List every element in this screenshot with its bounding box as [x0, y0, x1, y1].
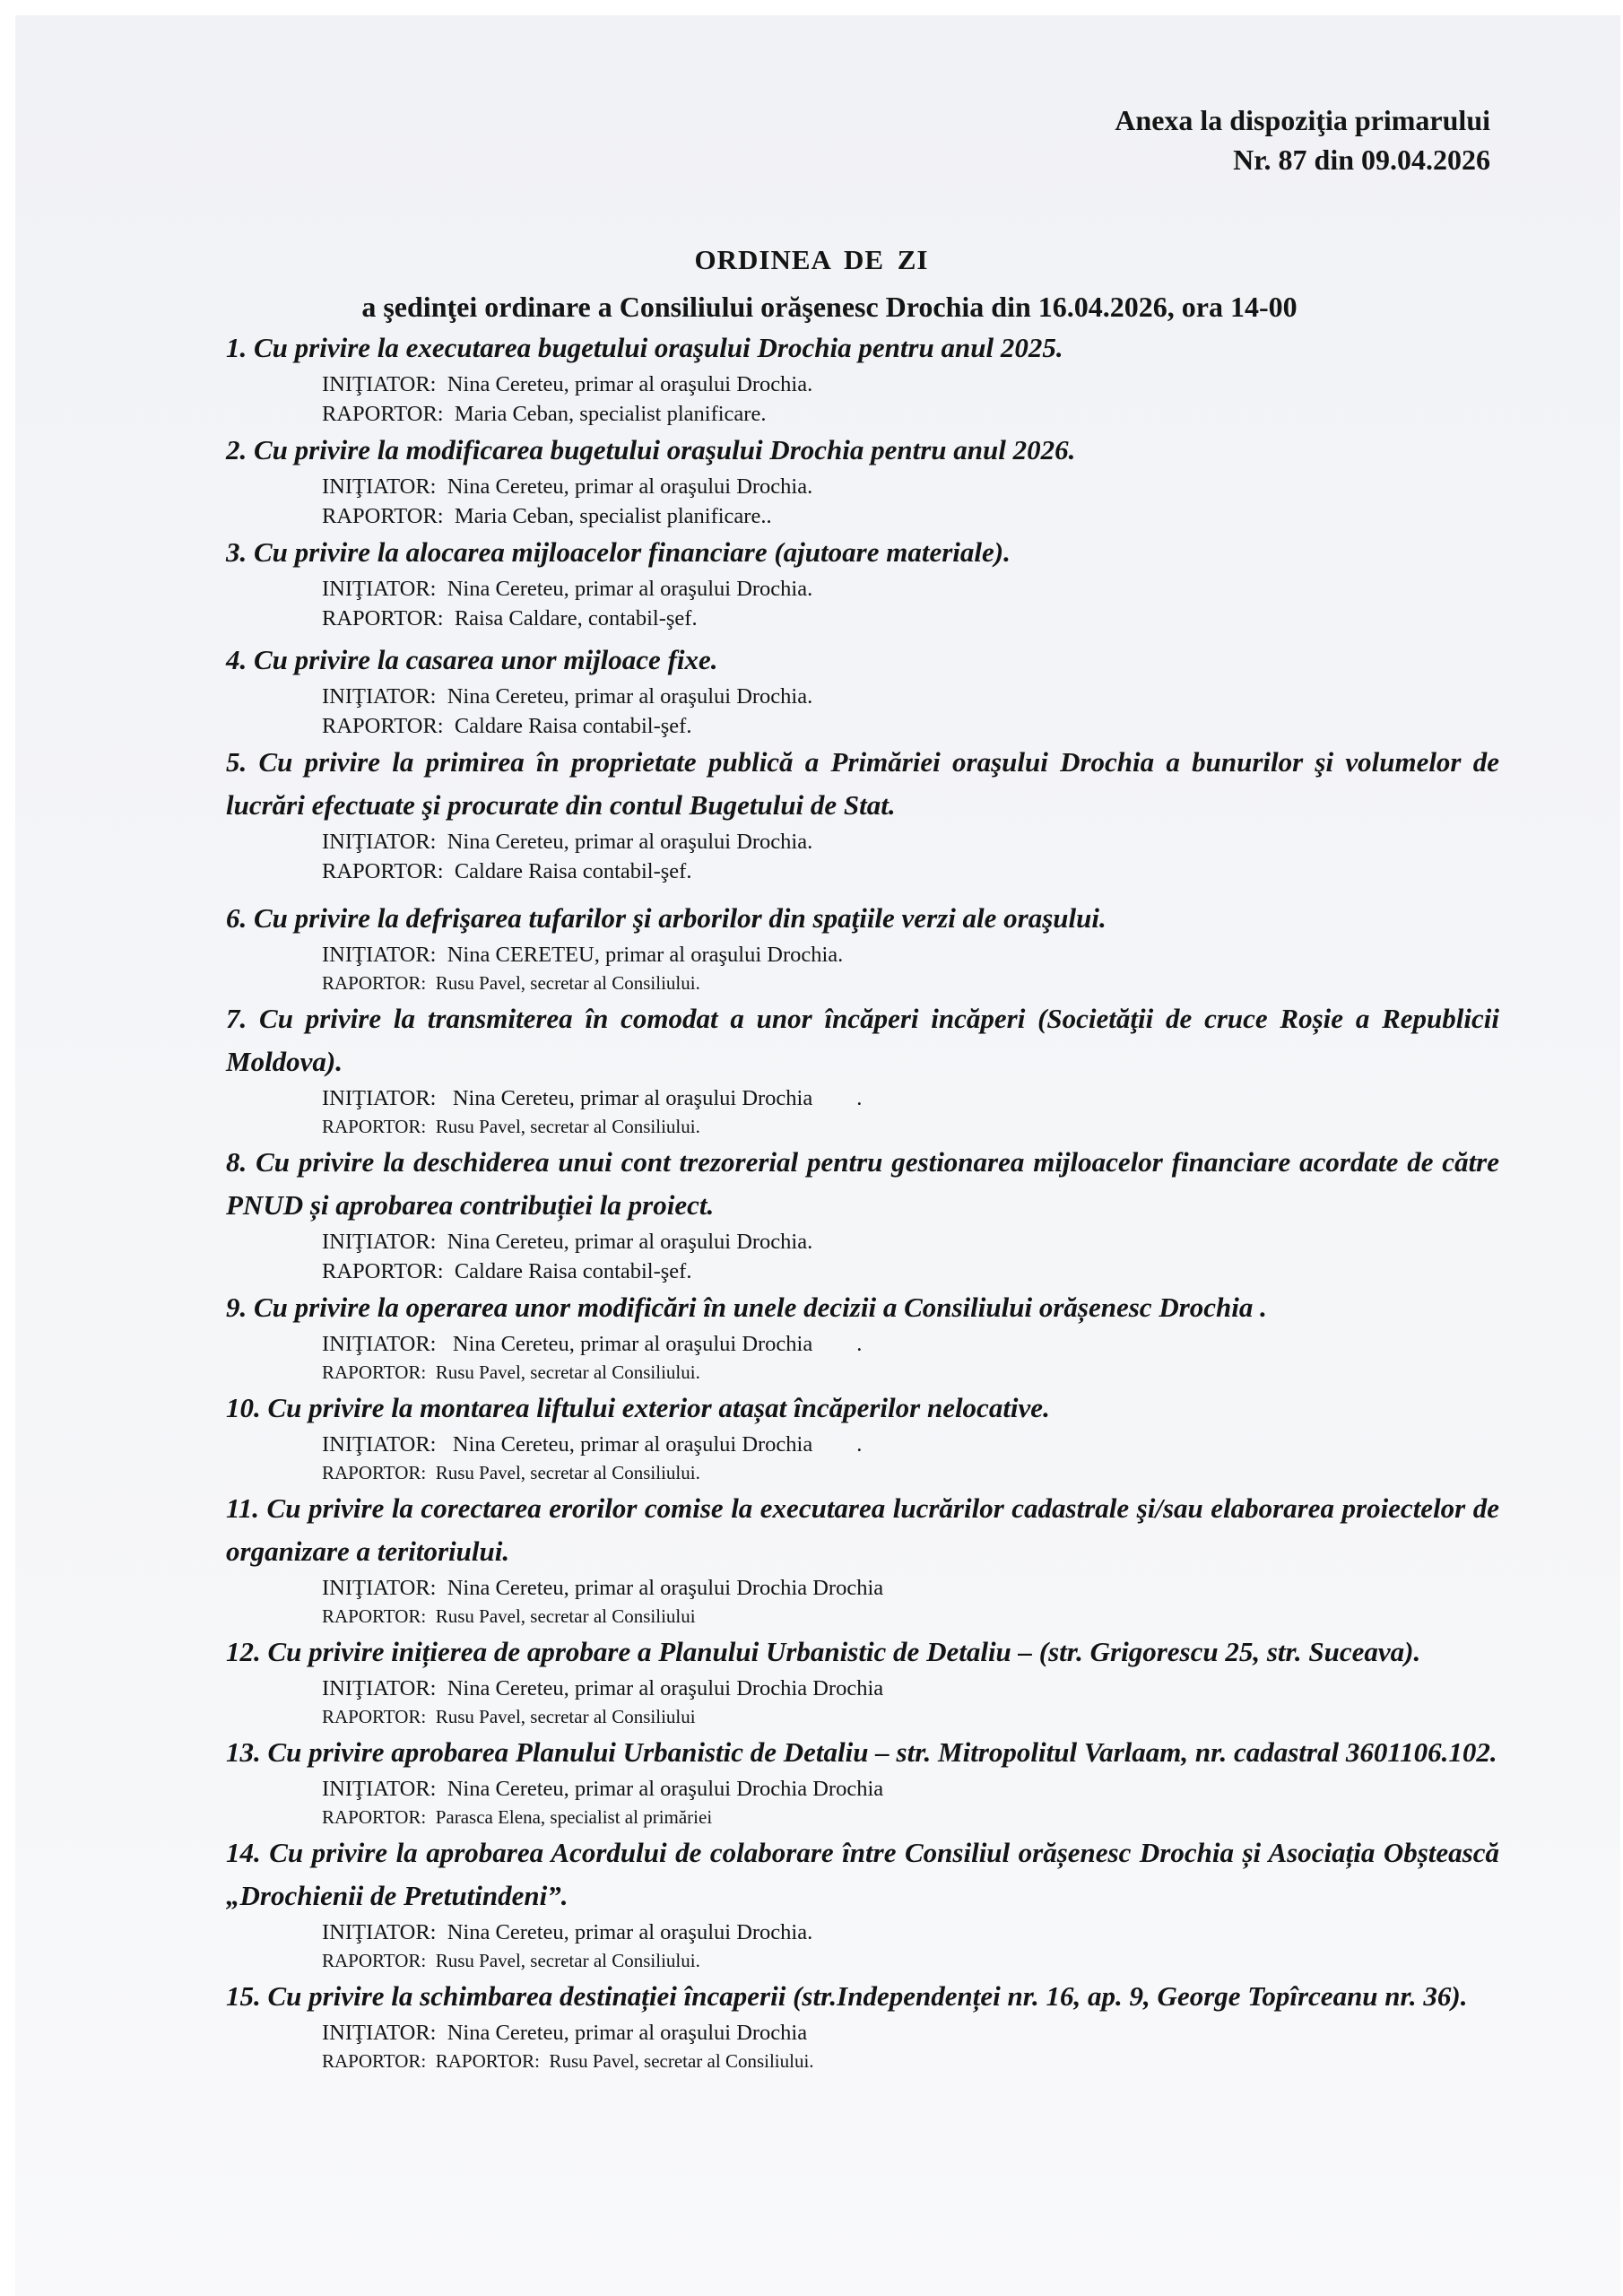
- agenda-item-title: 11. Cu privire la corectarea erorilor co…: [226, 1487, 1499, 1573]
- agenda-item-title: 2. Cu privire la modificarea bugetului o…: [226, 429, 1499, 472]
- agenda-item-title: 6. Cu privire la defrişarea tufarilor şi…: [226, 897, 1499, 940]
- initiator-line: INIŢIATOR: Nina CERETEU, primar al oraşu…: [226, 940, 1499, 970]
- agenda-item: 15. Cu privire la schimbarea destinației…: [226, 1975, 1499, 2075]
- agenda-item: 7. Cu privire la transmiterea în comodat…: [226, 997, 1499, 1141]
- initiator-line: INIŢIATOR: Nina Cereteu, primar al oraşu…: [226, 1774, 1499, 1804]
- initiator-line: INIŢIATOR: Nina Cereteu, primar al oraşu…: [226, 472, 1499, 501]
- initiator-line: INIŢIATOR: Nina Cereteu, primar al oraşu…: [226, 682, 1499, 711]
- raportor-line: RAPORTOR: Rusu Pavel, secretar al Consil…: [226, 1359, 1499, 1387]
- initiator-line: INIŢIATOR: Nina Cereteu, primar al oraşu…: [226, 1918, 1499, 1947]
- agenda-item-title: 10. Cu privire la montarea liftului exte…: [226, 1387, 1499, 1430]
- agenda-item-title: 5. Cu privire la primirea în proprietate…: [226, 741, 1499, 827]
- agenda-item-title: 4. Cu privire la casarea unor mijloace f…: [226, 639, 1499, 682]
- agenda-item: 1. Cu privire la executarea bugetului or…: [226, 326, 1499, 429]
- initiator-line: INIŢIATOR: Nina Cereteu, primar al oraşu…: [226, 2018, 1499, 2048]
- initiator-line: INIŢIATOR: Nina Cereteu, primar al oraşu…: [226, 370, 1499, 399]
- raportor-line: RAPORTOR: Rusu Pavel, secretar al Consil…: [226, 1113, 1499, 1141]
- agenda-item: 9. Cu privire la operarea unor modificăr…: [226, 1286, 1499, 1387]
- agenda-item-title: 14. Cu privire la aprobarea Acordului de…: [226, 1831, 1499, 1918]
- raportor-line: RAPORTOR: Caldare Raisa contabil-şef.: [226, 1257, 1499, 1286]
- disposition-number: Nr. 87 din 09.04.2026: [1115, 140, 1490, 179]
- raportor-line: RAPORTOR: Rusu Pavel, secretar al Consil…: [226, 1459, 1499, 1487]
- initiator-line: INIŢIATOR: Nina Cereteu, primar al oraşu…: [226, 1430, 1499, 1459]
- raportor-line: RAPORTOR: Rusu Pavel, secretar al Consil…: [226, 970, 1499, 997]
- initiator-line: INIŢIATOR: Nina Cereteu, primar al oraşu…: [226, 1329, 1499, 1359]
- agenda-item: 4. Cu privire la casarea unor mijloace f…: [226, 639, 1499, 741]
- agenda-item: 6. Cu privire la defrişarea tufarilor şi…: [226, 897, 1499, 997]
- raportor-line: RAPORTOR: Rusu Pavel, secretar al Consil…: [226, 1947, 1499, 1975]
- raportor-line: RAPORTOR: Caldare Raisa contabil-şef.: [226, 857, 1499, 886]
- agenda-item: 11. Cu privire la corectarea erorilor co…: [226, 1487, 1499, 1631]
- agenda-item: 12. Cu privire inițierea de aprobare a P…: [226, 1631, 1499, 1731]
- agenda-item: 3. Cu privire la alocarea mijloacelor fi…: [226, 531, 1499, 633]
- raportor-line: RAPORTOR: Rusu Pavel, secretar al Consil…: [226, 1603, 1499, 1631]
- raportor-line: RAPORTOR: Parasca Elena, specialist al p…: [226, 1804, 1499, 1831]
- agenda-item-title: 1. Cu privire la executarea bugetului or…: [226, 326, 1499, 370]
- raportor-line: RAPORTOR: RAPORTOR: Rusu Pavel, secretar…: [226, 2048, 1499, 2075]
- agenda-list: 1. Cu privire la executarea bugetului or…: [226, 326, 1499, 2075]
- raportor-line: RAPORTOR: Raisa Caldare, contabil-şef.: [226, 604, 1499, 633]
- raportor-line: RAPORTOR: Maria Ceban, specialist planif…: [226, 399, 1499, 429]
- document-title: ORDINEA DE ZI: [0, 244, 1623, 276]
- initiator-line: INIŢIATOR: Nina Cereteu, primar al oraşu…: [226, 574, 1499, 604]
- agenda-item-title: 8. Cu privire la deschiderea unui cont t…: [226, 1141, 1499, 1227]
- annex-line: Anexa la dispoziţia primarului: [1115, 100, 1490, 140]
- document-subtitle: a şedinţei ordinare a Consiliului orăşen…: [0, 291, 1623, 324]
- agenda-item-title: 15. Cu privire la schimbarea destinației…: [226, 1975, 1499, 2018]
- agenda-item: 2. Cu privire la modificarea bugetului o…: [226, 429, 1499, 531]
- agenda-item-title: 3. Cu privire la alocarea mijloacelor fi…: [226, 531, 1499, 574]
- agenda-item-title: 12. Cu privire inițierea de aprobare a P…: [226, 1631, 1499, 1674]
- initiator-line: INIŢIATOR: Nina Cereteu, primar al oraşu…: [226, 1083, 1499, 1113]
- agenda-item-title: 7. Cu privire la transmiterea în comodat…: [226, 997, 1499, 1083]
- raportor-line: RAPORTOR: Caldare Raisa contabil-şef.: [226, 711, 1499, 741]
- agenda-item: 10. Cu privire la montarea liftului exte…: [226, 1387, 1499, 1487]
- initiator-line: INIŢIATOR: Nina Cereteu, primar al oraşu…: [226, 1674, 1499, 1703]
- raportor-line: RAPORTOR: Maria Ceban, specialist planif…: [226, 501, 1499, 531]
- raportor-line: RAPORTOR: Rusu Pavel, secretar al Consil…: [226, 1703, 1499, 1731]
- initiator-line: INIŢIATOR: Nina Cereteu, primar al oraşu…: [226, 827, 1499, 857]
- agenda-item: 8. Cu privire la deschiderea unui cont t…: [226, 1141, 1499, 1286]
- initiator-line: INIŢIATOR: Nina Cereteu, primar al oraşu…: [226, 1573, 1499, 1603]
- annex-header: Anexa la dispoziţia primarului Nr. 87 di…: [1115, 100, 1490, 179]
- agenda-item-title: 13. Cu privire aprobarea Planului Urbani…: [226, 1731, 1499, 1774]
- agenda-item: 5. Cu privire la primirea în proprietate…: [226, 741, 1499, 886]
- agenda-item: 14. Cu privire la aprobarea Acordului de…: [226, 1831, 1499, 1975]
- initiator-line: INIŢIATOR: Nina Cereteu, primar al oraşu…: [226, 1227, 1499, 1257]
- agenda-item-title: 9. Cu privire la operarea unor modificăr…: [226, 1286, 1499, 1329]
- agenda-item: 13. Cu privire aprobarea Planului Urbani…: [226, 1731, 1499, 1831]
